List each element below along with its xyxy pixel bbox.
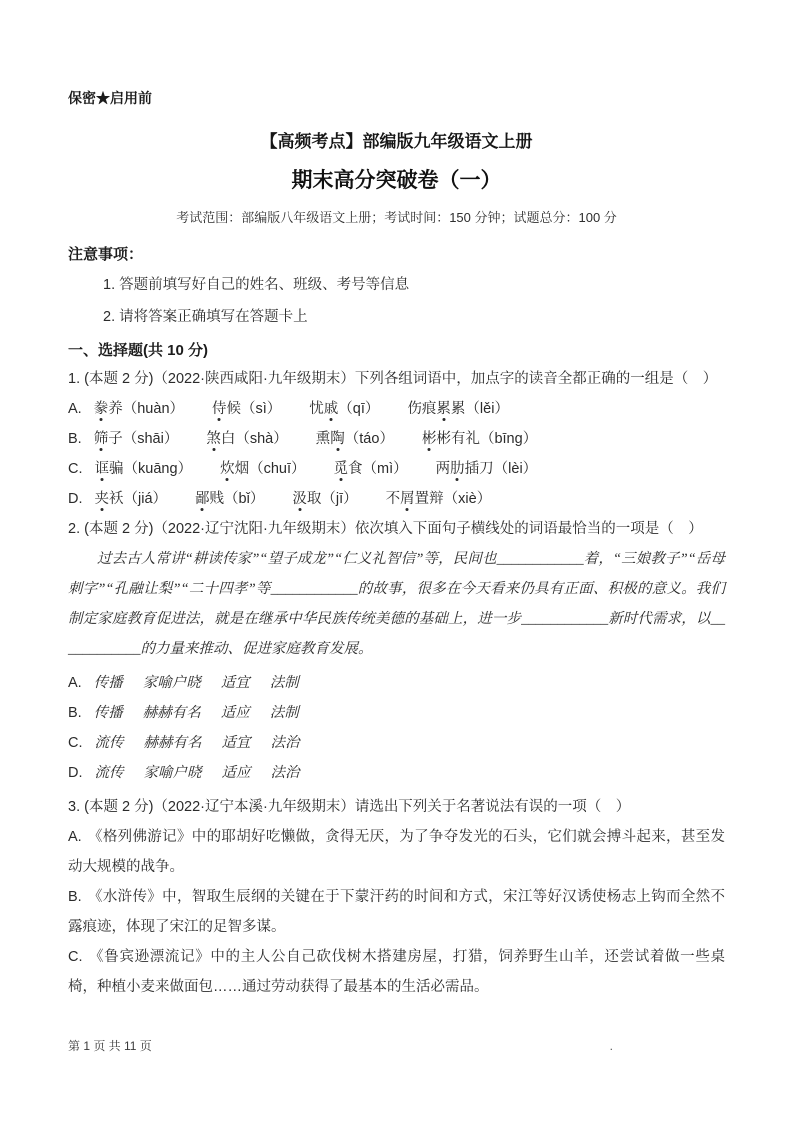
q1-stem: 1. (本题 2 分)（2022·陕西咸阳·九年级期末）下列各组词语中，加点字的… [68,364,725,394]
option-label: C. [68,728,83,758]
option-label: C. [68,949,83,965]
stray-dot-mark: . [610,1038,613,1054]
q2-stem: 2. (本题 2 分)（2022·辽宁沈阳·九年级期末）依次填入下面句子横线处的… [68,514,725,544]
paper-title: 期末高分突破卷（一） [68,166,725,196]
option-label: A. [68,829,82,845]
option-word: 适应 [222,758,251,788]
word-group: 伤痕累累（lěi） [407,394,509,424]
option-word: 传播 [94,698,123,728]
q2-passage: 过去古人常讲“耕读传家”“望子成龙”“仁义礼智信”等，民间也__________… [68,544,725,664]
q1-option-a: A. 豢养（huàn） 侍候（sì） 忧戚（qī） 伤痕累累（lěi） [68,394,725,424]
option-label: C. [68,454,83,484]
option-text: 《格列佛游记》中的耶胡好吃懒做，贪得无厌，为了争夺发光的石头，它们就会搏斗起来，… [68,829,725,875]
option-word: 家喻户晓 [143,668,201,698]
page-footer: 第 1 页 共 11 页 . [68,1038,725,1054]
option-text: 《鲁宾逊漂流记》中的主人公自己砍伐树木搭建房屋，打猎，饲养野生山羊，还尝试着做一… [68,949,725,995]
option-word: 适应 [221,698,250,728]
q1-option-c: C. 诓骗（kuāng） 炊烟（chuī） 觅食（mì） 两肋插刀（lèi） [68,454,725,484]
option-word: 法治 [271,758,300,788]
option-label: B. [68,424,82,454]
q3-option-b: B.《水浒传》中，智取生辰纲的关键在于下蒙汗药的时间和方式，宋江等好汉诱使杨志上… [68,882,725,942]
option-label: D. [68,758,83,788]
word-group: 筛子（shāi） [94,424,179,454]
option-word: 赫赫有名 [143,698,201,728]
word-group: 鄙贱（bǐ） [195,484,264,514]
option-text: 《水浒传》中，智取生辰纲的关键在于下蒙汗药的时间和方式，宋江等好汉诱使杨志上钩而… [68,889,725,935]
word-group: 夹袄（jiá） [95,484,168,514]
q3-option-a: A.《格列佛游记》中的耶胡好吃懒做，贪得无厌，为了争夺发光的石头，它们就会搏斗起… [68,822,725,882]
notice-item-1: 1. 答题前填写好自己的姓名、班级、考号等信息 [68,270,725,300]
option-label: A. [68,668,82,698]
q2-option-a: A. 传播 家喻户晓 适宜 法制 [68,668,725,698]
option-word: 流传 [95,758,124,788]
option-label: A. [68,394,82,424]
page-content: 保密★启用前 【高频考点】部编版九年级语文上册 期末高分突破卷（一） 考试范围：… [0,88,793,1002]
word-group: 炊烟（chuī） [220,454,305,484]
word-group: 忧戚（qī） [309,394,379,424]
option-word: 传播 [94,668,123,698]
option-word: 法制 [270,698,299,728]
option-word: 适宜 [222,728,251,758]
q2-option-c: C. 流传 赫赫有名 适宜 法治 [68,728,725,758]
word-group: 不屑置辩（xiè） [386,484,492,514]
q1-option-d: D. 夹袄（jiá） 鄙贱（bǐ） 汲取（jī） 不屑置辩（xiè） [68,484,725,514]
word-group: 煞白（shà） [206,424,287,454]
q1-option-b: B. 筛子（shāi） 煞白（shà） 熏陶（táo） 彬彬有礼（bīng） [68,424,725,454]
option-word: 赫赫有名 [144,728,202,758]
exam-info-line: 考试范围：部编版八年级语文上册；考试时间：150 分钟；试题总分：100 分 [68,208,725,228]
word-group: 侍候（sì） [212,394,281,424]
notice-item-2: 2. 请将答案正确填写在答题卡上 [68,302,725,332]
word-group: 诓骗（kuāng） [95,454,193,484]
section-heading-choice: 一、选择题(共 10 分) [68,338,725,364]
word-group: 熏陶（táo） [316,424,394,454]
option-word: 家喻户晓 [144,758,202,788]
option-label: B. [68,889,82,905]
exam-paper-page: 保密★启用前 【高频考点】部编版九年级语文上册 期末高分突破卷（一） 考试范围：… [0,0,793,1122]
word-group: 觅食（mì） [334,454,408,484]
notice-heading: 注意事项： [68,242,725,268]
word-group: 两肋插刀（lèi） [436,454,538,484]
option-word: 适宜 [221,668,250,698]
option-word: 流传 [95,728,124,758]
q3-stem: 3. (本题 2 分)（2022·辽宁本溪·九年级期末）请选出下列关于名著说法有… [68,792,725,822]
word-group: 豢养（huàn） [94,394,184,424]
series-title: 【高频考点】部编版九年级语文上册 [68,130,725,154]
option-word: 法治 [271,728,300,758]
page-number-indicator: 第 1 页 共 11 页 [68,1038,152,1054]
option-label: B. [68,698,82,728]
secrecy-label: 保密★启用前 [68,88,725,108]
word-group: 彬彬有礼（bīng） [422,424,537,454]
word-group: 汲取（jī） [292,484,357,514]
q3-option-c: C.《鲁宾逊漂流记》中的主人公自己砍伐树木搭建房屋，打猎，饲养野生山羊，还尝试着… [68,942,725,1002]
q2-option-d: D. 流传 家喻户晓 适应 法治 [68,758,725,788]
option-word: 法制 [270,668,299,698]
option-label: D. [68,484,83,514]
q2-option-b: B. 传播 赫赫有名 适应 法制 [68,698,725,728]
